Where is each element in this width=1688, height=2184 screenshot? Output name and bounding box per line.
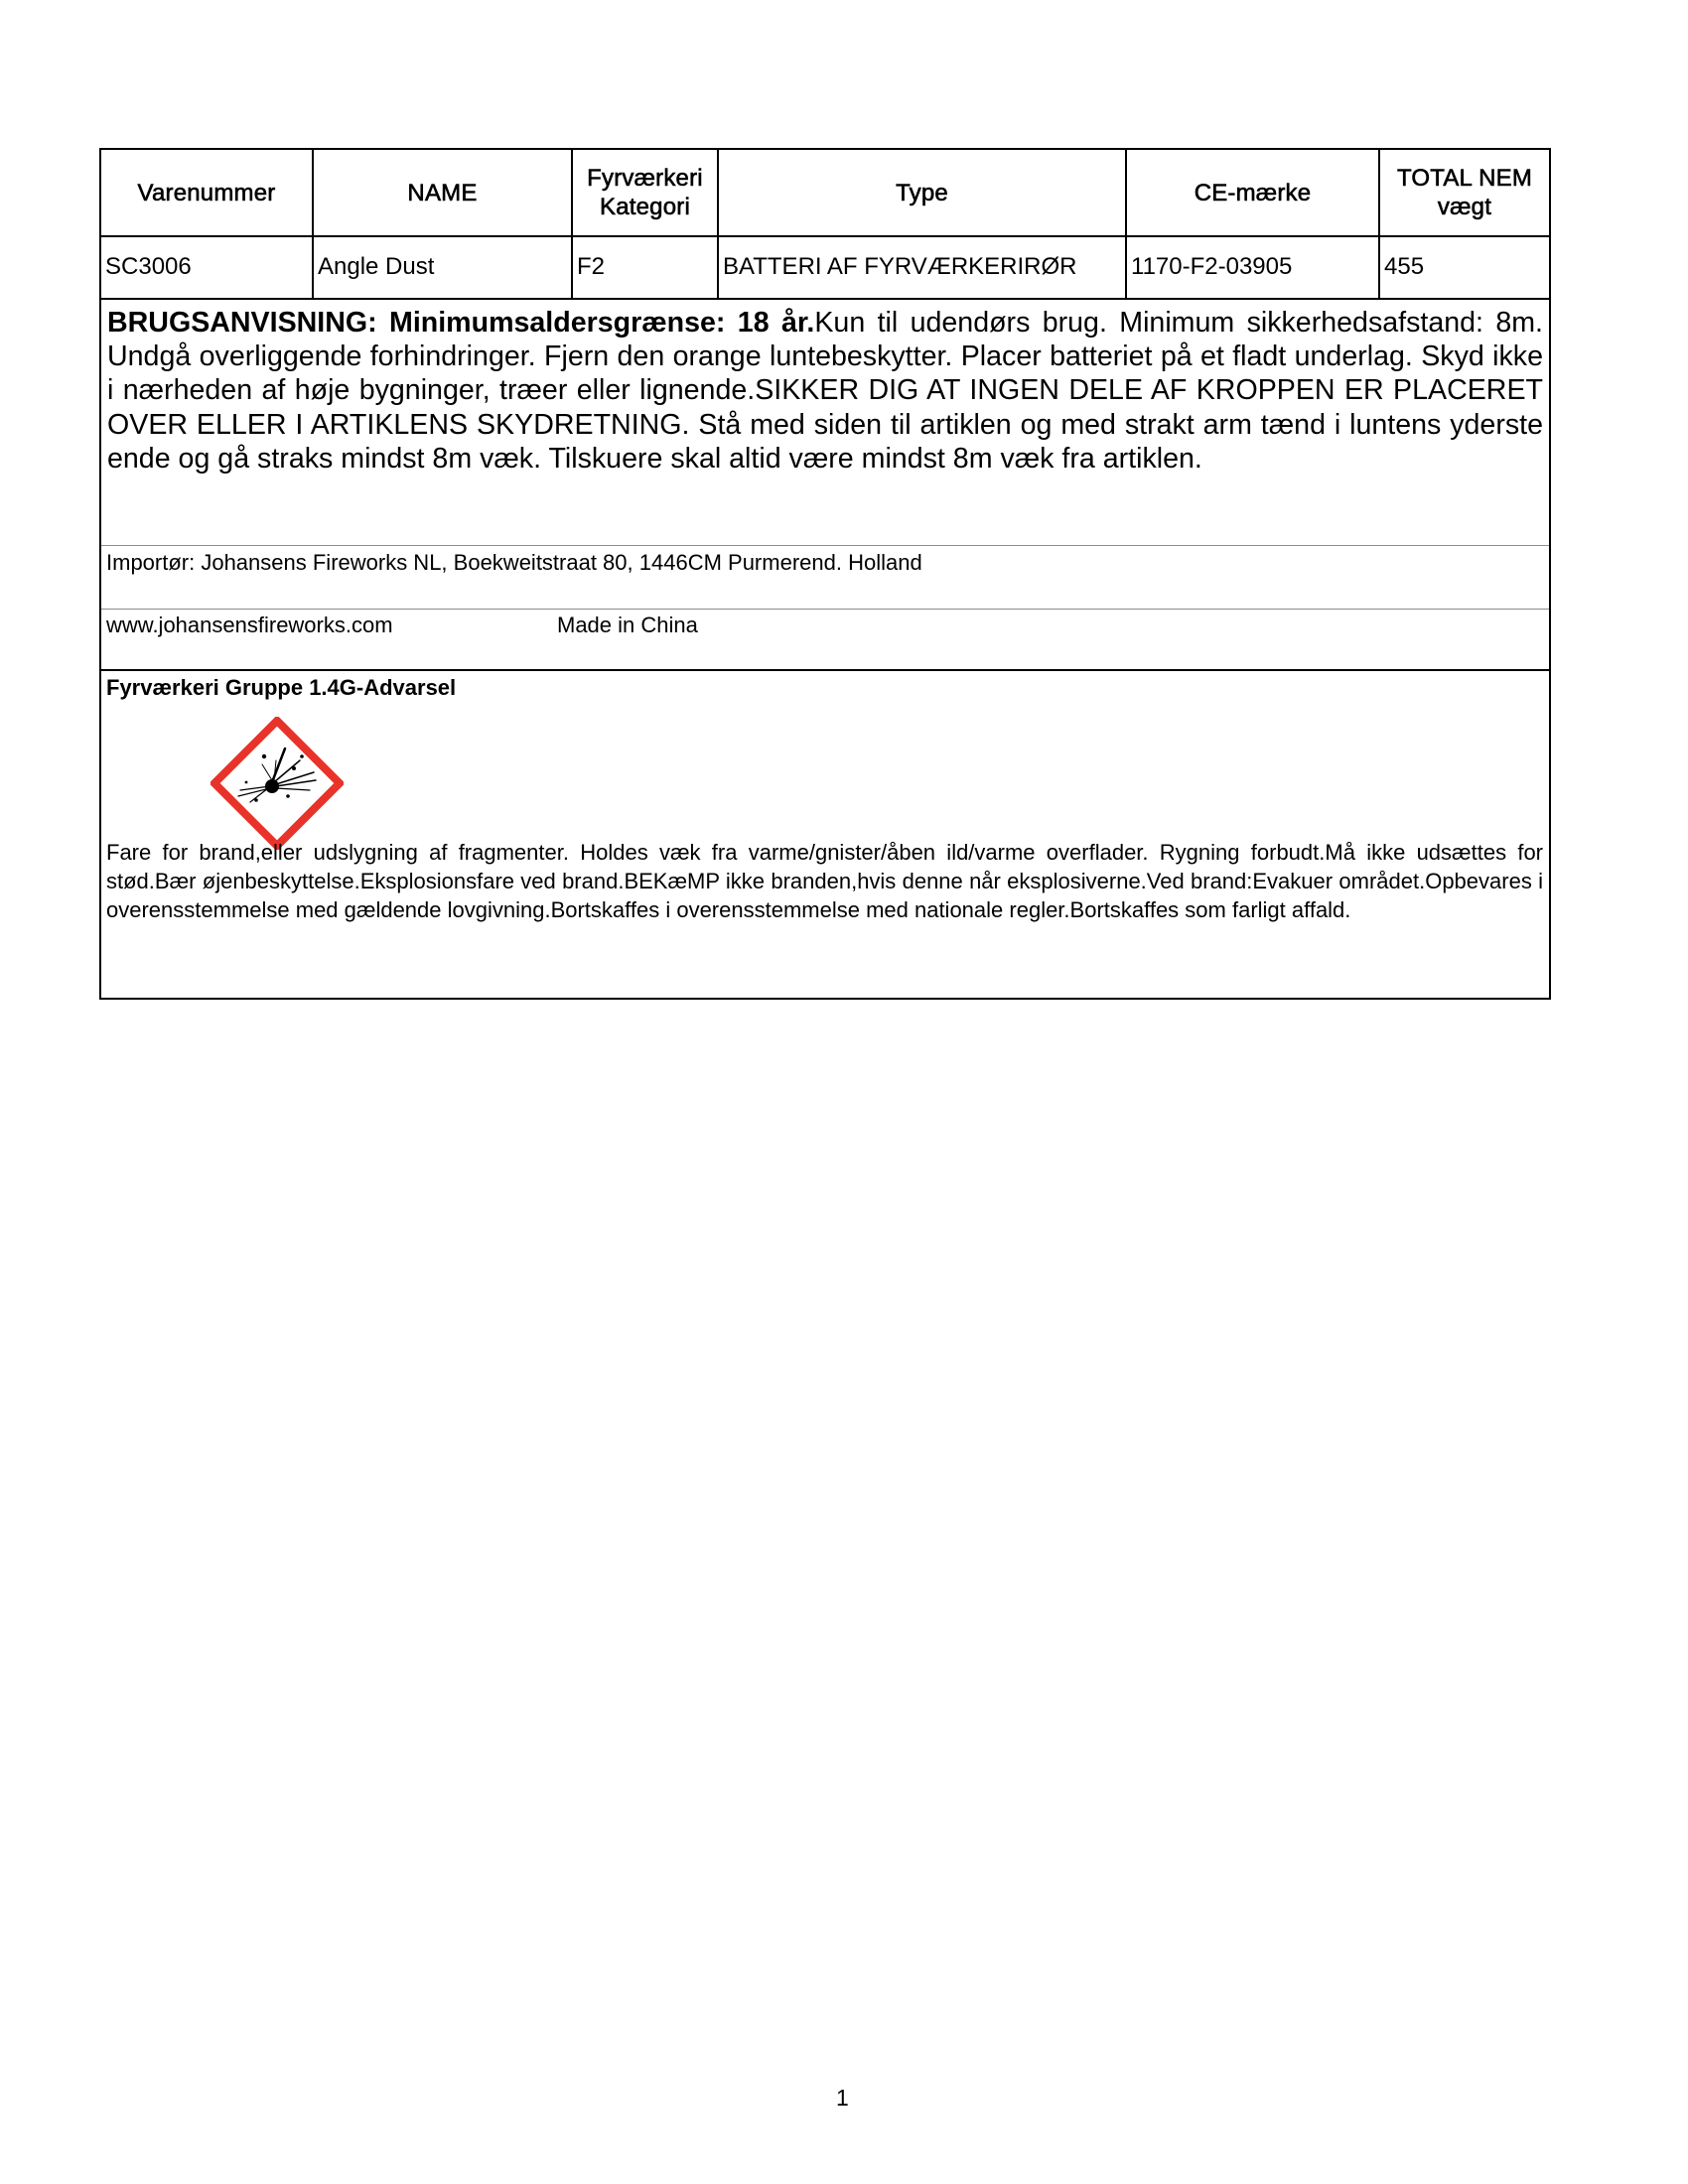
- cell-varenummer: SC3006: [101, 237, 314, 298]
- cell-total-nem: 455: [1380, 237, 1549, 298]
- cell-ce-mark: 1170-F2-03905: [1127, 237, 1380, 298]
- hazard-statements: Fare for brand,eller udslygning af fragm…: [106, 838, 1543, 924]
- table-header-row: Varenummer NAME FyrværkeriKategori Type …: [101, 150, 1549, 237]
- header-kategori: FyrværkeriKategori: [573, 150, 719, 235]
- cell-type: BATTERI AF FYRVÆRKERIRØR: [719, 237, 1127, 298]
- header-varenummer: Varenummer: [101, 150, 314, 235]
- explosive-hazard-icon: [211, 717, 344, 850]
- website-link[interactable]: www.johansensfireworks.com: [106, 613, 393, 637]
- warning-heading: Fyrværkeri Gruppe 1.4G-Advarsel: [106, 675, 456, 701]
- product-label-table: Varenummer NAME FyrværkeriKategori Type …: [99, 148, 1551, 1000]
- header-ce-mark: CE-mærke: [1127, 150, 1380, 235]
- website-row: www.johansensfireworks.com Made in China: [101, 610, 1549, 671]
- header-total-nem: TOTAL NEMvægt: [1380, 150, 1549, 235]
- header-name: NAME: [314, 150, 573, 235]
- hazard-warning-section: Fyrværkeri Gruppe 1.4G-Advarsel: [101, 671, 1549, 998]
- cell-name: Angle Dust: [314, 237, 573, 298]
- table-row: SC3006 Angle Dust F2 BATTERI AF FYRVÆRKE…: [101, 237, 1549, 300]
- instructions-lead: BRUGSANVISNING: Minimumsaldersgrænse: 18…: [107, 307, 814, 339]
- importer-info: Importør: Johansens Fireworks NL, Boekwe…: [101, 546, 1549, 610]
- page-number: 1: [836, 2085, 849, 2112]
- cell-kategori: F2: [573, 237, 719, 298]
- usage-instructions: BRUGSANVISNING: Minimumsaldersgrænse: 18…: [101, 300, 1549, 546]
- header-type: Type: [719, 150, 1127, 235]
- origin-text: Made in China: [557, 613, 698, 638]
